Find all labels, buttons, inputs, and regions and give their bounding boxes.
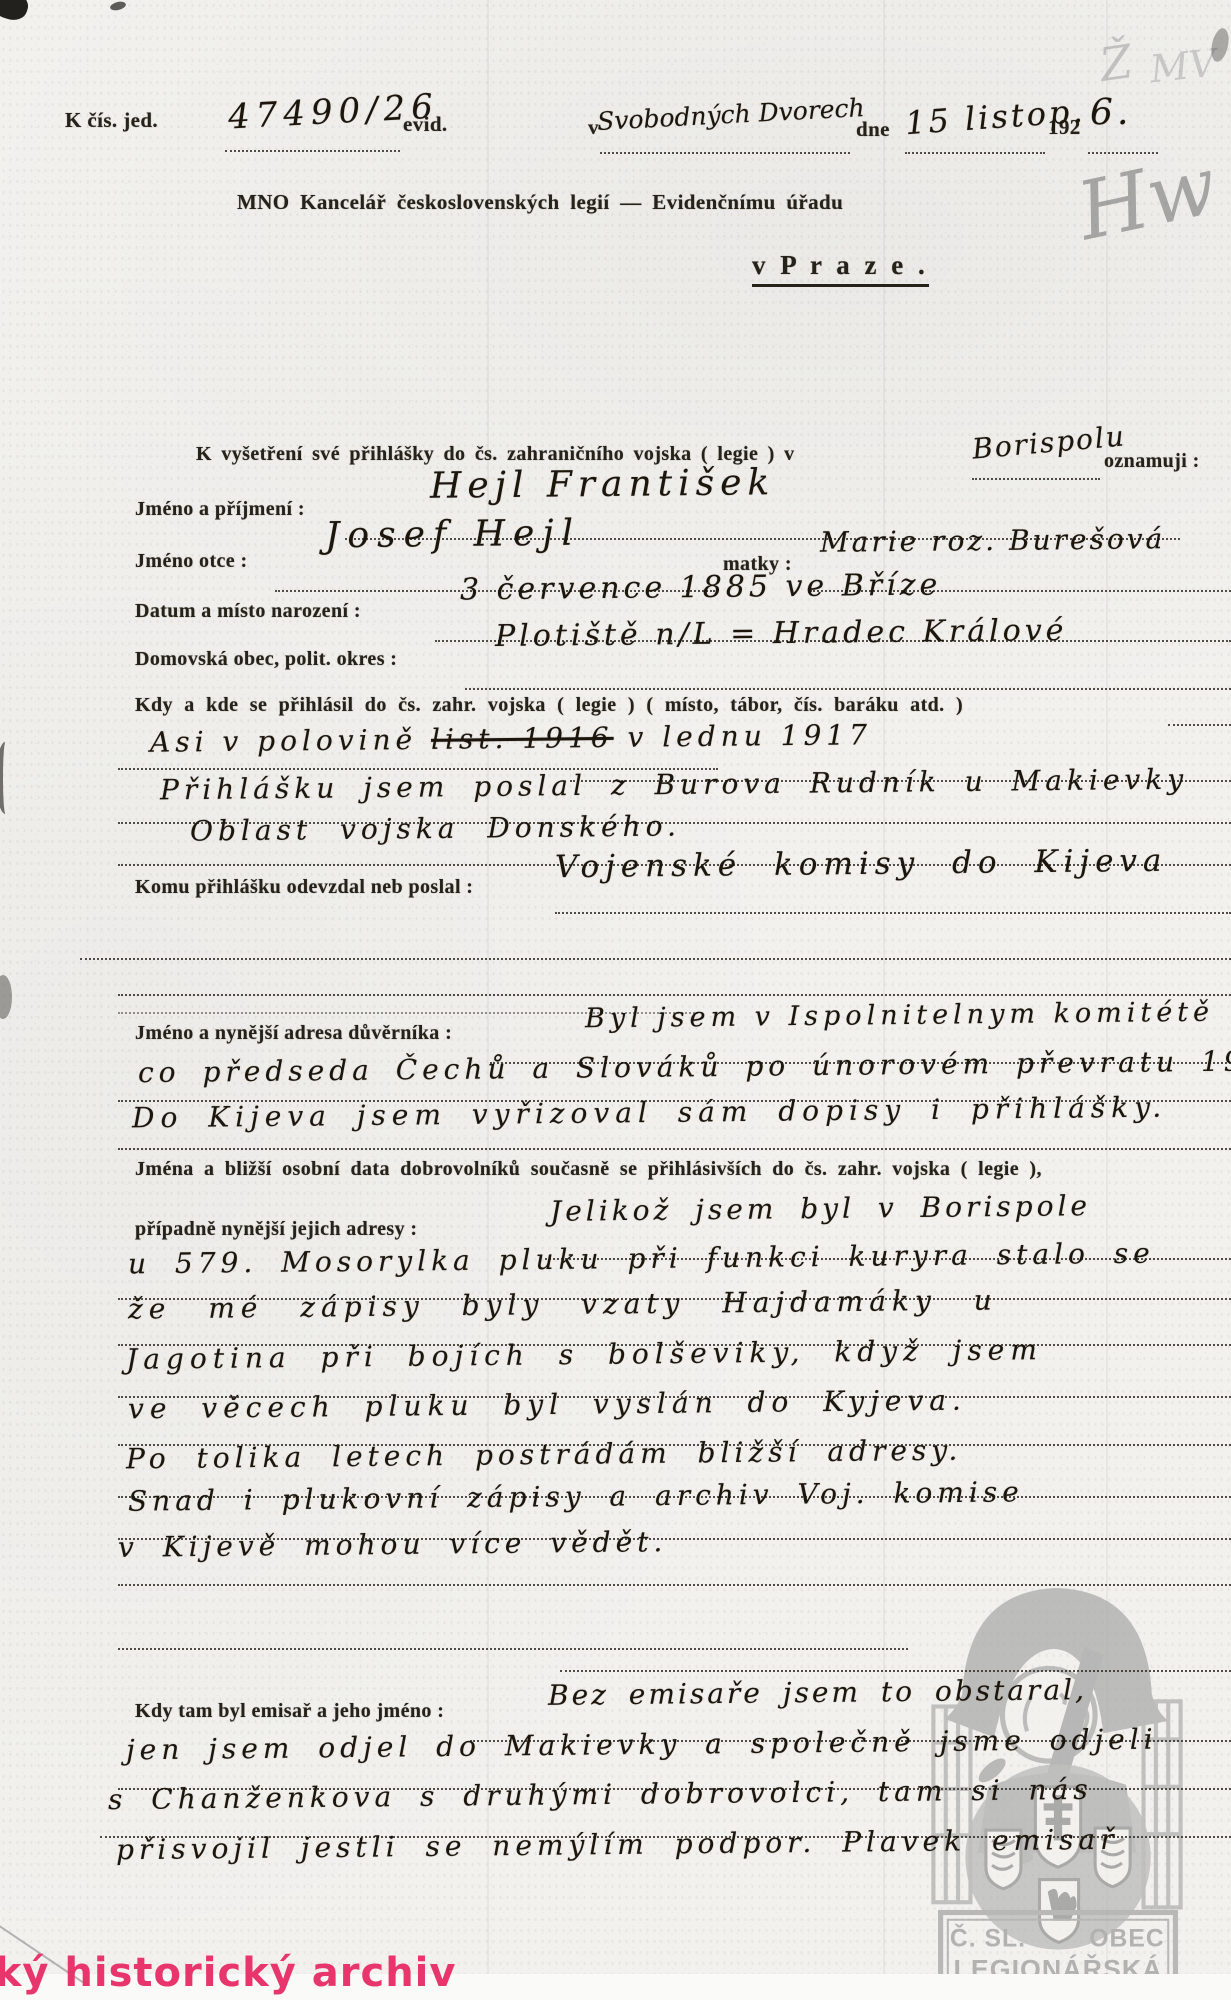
mother-name-value: Marie roz. Burešová [820,522,1166,559]
dotted-rule [465,688,1231,690]
handwritten-line: ve věcech pluku byl vyslán do Kyjeva. [128,1384,967,1426]
dotted-rule [1168,724,1231,726]
confidant-line-2: co předseda Čechů a Slováků po únorovém … [138,1044,1231,1089]
confidant-label: Jméno a nynější adresa důvěrníka : [135,1022,452,1045]
reference-number-label: K čís. jed. [65,108,158,133]
dotted-rule [600,152,850,154]
confidant-line-1: Byl jsem v Ispolnitelnym komitétě [585,997,1214,1035]
intro-text-after: oznamuji : [1104,450,1200,473]
domicile-value: Plotiště n/L = Hradec Králové [495,613,1068,654]
enlistment-line-3: Oblast vojska Donského. [190,809,681,847]
document-scan: Č. SL. OBEC LEGIONÁŘSKÁ K čís. jed. 4749… [0,0,1231,2000]
pencil-mark-main: Hw [1070,139,1225,259]
enlistment-line-1-post: v lednu 1917 [613,718,872,754]
handwritten-line: v Kijevě mohou více vědět. [118,1525,668,1564]
father-name-label: Jméno otce : [135,550,248,573]
dotted-rule [972,478,1100,480]
name-value: Hejl František [430,462,776,507]
dotted-rule [80,958,1231,960]
pencil-mark-top-1: Ž [1096,34,1135,92]
enlistment-line-1: Asi v polovině list. 1916 v lednu 1917 [150,718,872,759]
addressee-city: v P r a z e . [752,250,929,287]
dotted-rule [555,912,1231,914]
year-handwritten: 6. [1090,92,1133,133]
handwritten-line: Po tolika letech postrádám bližší adresy… [126,1434,963,1476]
dotted-rule [118,1648,908,1650]
emissary-label: Kdy tam byl emisař a jeho jméno : [135,1700,444,1723]
submission-label: Komu přihlášku odevzdal neb poslal : [135,876,473,899]
volunteers-label-line-2: případně nynější jejich adresy : [135,1218,417,1241]
handwritten-line: Jagotina při bojích s bolševiky, když js… [126,1333,1043,1376]
father-name-value: Josef Hejl [325,513,581,557]
scan-artifact [0,742,15,814]
archive-stamp-text: ský historický archiv [0,1950,456,1996]
dotted-rule [118,1584,1231,1586]
scan-artifact [0,0,31,24]
enlistment-line-1-struck: list. 1916 [431,721,614,756]
stamp-text-csl: Č. SL. [950,1925,1026,1953]
handwritten-line: Jelikož jsem byl v Borispole [550,1189,1091,1228]
pencil-mark-top-2: MV [1148,41,1219,92]
volunteers-label-line-1: Jména a bližší osobní data dobrovolníků … [135,1158,1042,1181]
dotted-rule [225,150,400,152]
birth-label: Datum a místo narození : [135,600,361,623]
addressee-line: MNO Kancelář československých legií — Ev… [237,190,843,215]
scan-artifact [109,0,126,12]
handwritten-line: u 579. Mosorylka pluku při funkci kuryra… [128,1237,1155,1281]
dotted-rule [905,152,1045,154]
submission-value: Vojenské komisy do Kijeva [555,843,1168,885]
enlistment-label: Kdy a kde se přihlásil do čs. zahr. vojs… [135,694,963,717]
place-value: Svobodných Dvorech [596,93,865,136]
stamp-text-obec: OBEC [1089,1926,1165,1953]
handwritten-line: Bez emisaře jsem to obstaral, [548,1673,1087,1712]
dotted-rule [118,994,1231,996]
handwritten-line: že mé zápisy byly vzaty Hajdamáky u [128,1283,998,1325]
handwritten-line: Snad i plukovní zápisy a archiv Voj. kom… [128,1475,1024,1517]
enlistment-line-1-pre: Asi v polovině [150,723,431,759]
name-label: Jméno a příjmení : [135,498,305,521]
dotted-rule [118,1148,1231,1150]
dotted-rule [560,1670,1231,1672]
confidant-line-3: Do Kijeva jsem vyřizoval sám dopisy i př… [132,1091,1167,1135]
scan-artifact [0,975,12,1019]
scan-artifact [1209,27,1231,64]
birth-value: 3 července 1885 ve Bříze [460,567,942,607]
paper-crease [487,0,489,2000]
domicile-label: Domovská obec, polit. okres : [135,648,397,671]
